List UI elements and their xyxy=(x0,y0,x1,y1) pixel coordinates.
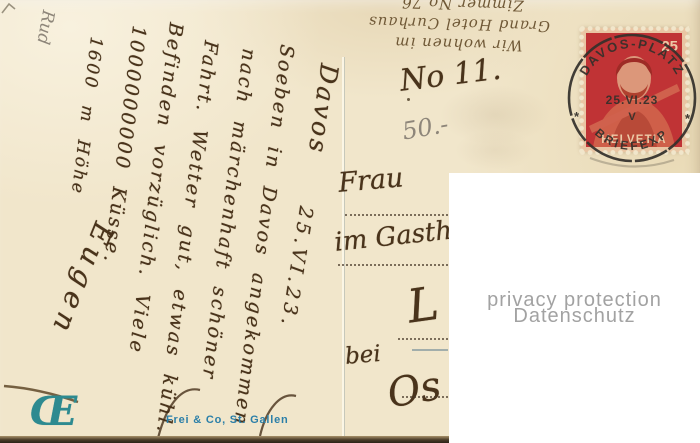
svg-text:BRIEFEXP: BRIEFEXP xyxy=(592,126,672,154)
address-line-fragment: Frau xyxy=(337,162,405,199)
address-dotted-line xyxy=(398,338,448,340)
address-line-fragment: Os xyxy=(384,363,445,418)
ink-flourish xyxy=(140,380,320,442)
address-dotted-line xyxy=(402,396,448,398)
postmark: DAVOS-PLATZ BRIEFEXP 25.VI.23 V * * xyxy=(560,26,700,178)
inverted-note: Wir wohnen im Grand Hotel Curhaus Zimmer… xyxy=(331,0,586,57)
address-dotted-line xyxy=(345,214,448,216)
privacy-text-de: Datenschutz xyxy=(513,305,635,328)
publisher-imprint: Frei & Co, St. Gallen xyxy=(166,414,289,426)
postmark-star: * xyxy=(574,109,580,124)
pencil-tick xyxy=(0,0,20,18)
address-rule-line xyxy=(412,349,448,351)
ink-speck xyxy=(407,98,410,101)
postmark-office: BRIEFEXP xyxy=(592,126,672,154)
postmark-town: DAVOS-PLATZ xyxy=(576,36,687,78)
privacy-overlay: privacy protection Datenschutz xyxy=(449,173,700,443)
postmark-date: 25.VI.23 xyxy=(606,93,659,107)
collector-monogram-icon: Œ xyxy=(30,388,77,435)
postmark-stray-arc xyxy=(590,158,674,167)
postcard-scan: Wir wohnen im Grand Hotel Curhaus Zimmer… xyxy=(0,0,700,443)
address-dotted-line xyxy=(338,264,448,266)
ink-smudge xyxy=(455,130,535,170)
svg-text:DAVOS-PLATZ: DAVOS-PLATZ xyxy=(576,36,687,78)
postmark-code: V xyxy=(628,111,636,123)
address-line-fragment: bei xyxy=(344,341,382,370)
